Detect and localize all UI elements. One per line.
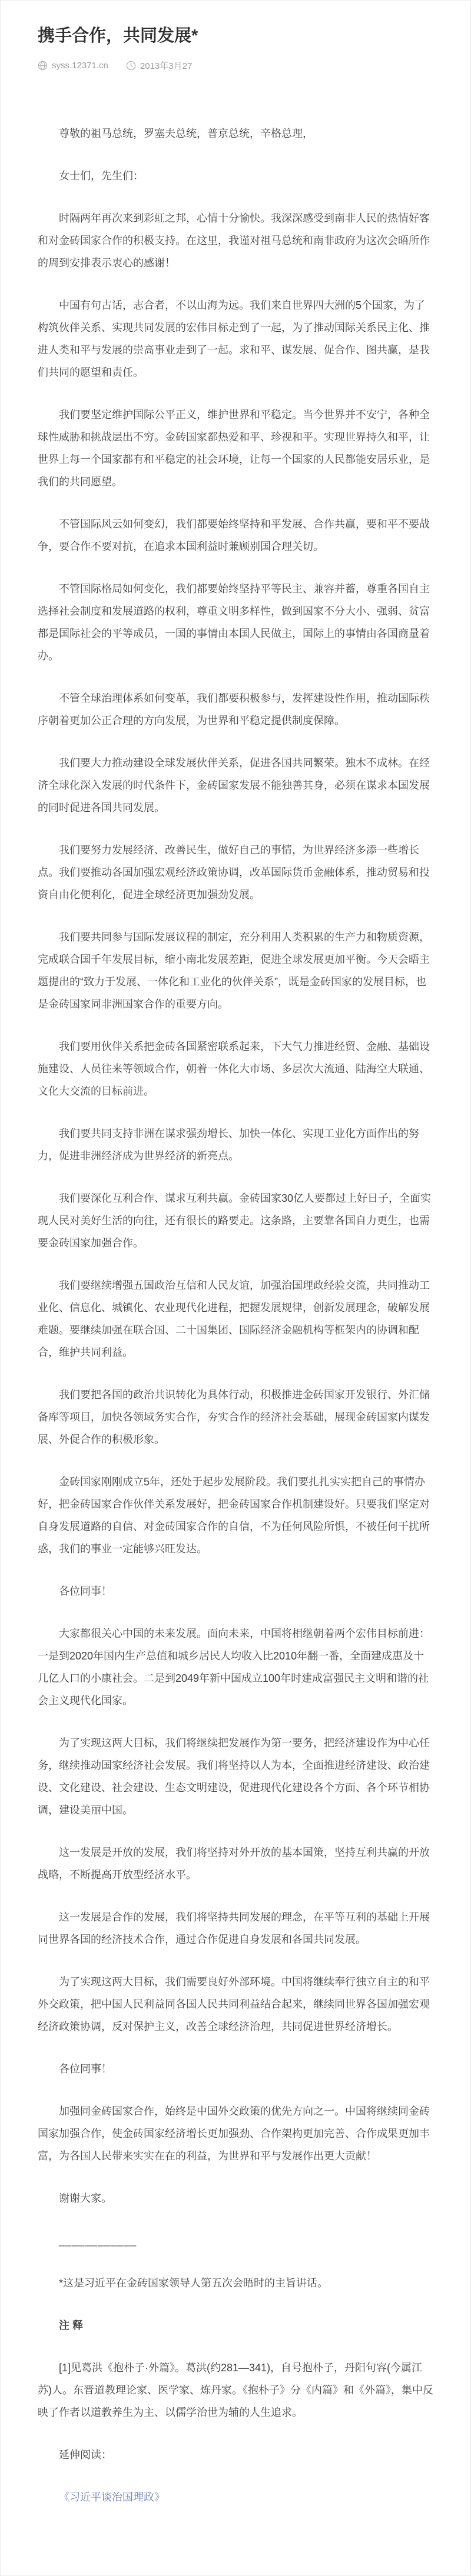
paragraph: 不管国际格局如何变化，我们都要始终坚持平等民主、兼容并蓄，尊重各国自主选择社会制… bbox=[38, 578, 433, 667]
meta-date-text: 2013年3月27 bbox=[140, 59, 192, 72]
related-reading-link[interactable]: 《习近平谈治国理政》 bbox=[59, 2491, 165, 2503]
paragraph: 我们要共同参与国际发展议程的制定，充分利用人类积累的生产力和物质资源，完成联合国… bbox=[38, 926, 433, 1015]
paragraph: 我们要共同支持非洲在谋求强劲增长、加快一体化、实现工业化方面作出的努力，促进非洲… bbox=[38, 1122, 433, 1167]
divider: ____________ bbox=[38, 2230, 433, 2252]
article-meta: syss.12371.cn 2013年3月27 bbox=[38, 59, 433, 72]
footnote: [1]见葛洪《抱朴子·外篇》。葛洪(约281—341)，自号抱朴子，丹阳句容(今… bbox=[38, 2357, 433, 2424]
paragraph: 大家都很关心中国的未来发展。面向未来，中国将相继朝着两个宏伟目标前进：一是到20… bbox=[38, 1622, 433, 1712]
paragraph: 中国有句古话，志合者，不以山海为远。我们来自世界四大洲的5个国家，为了构筑伙伴关… bbox=[38, 294, 433, 384]
notes-heading: 注 释 bbox=[38, 2314, 433, 2337]
paragraph: 这一发展是合作的发展，我们将坚持共同发展的理念，在平等互利的基础上开展同世界各国… bbox=[38, 1906, 433, 1951]
paragraph: 我们要深化互利合作、谋求互利共赢。金砖国家30亿人要都过上好日子，全面实现人民对… bbox=[38, 1187, 433, 1254]
article-body: 尊敬的祖马总统，罗塞夫总统，普京总统，辛格总理，女士们，先生们：时隔两年再次来到… bbox=[38, 99, 433, 2508]
article-page: 携手合作，共同发展* syss.12371.cn 2013年3月27 尊敬的祖 bbox=[0, 0, 471, 2576]
clock-icon bbox=[126, 61, 136, 71]
paragraph: 为了实现这两大目标，我们需要良好外部环境。中国将继续奉行独立自主的和平外交政策，… bbox=[38, 1971, 433, 2038]
paragraph: 时隔两年再次来到彩虹之邦，心情十分愉快。我深深感受到南非人民的热情好客和对金砖国… bbox=[38, 207, 433, 274]
paragraph: 这一发展是开放的发展，我们将坚持对外开放的基本国策，坚持互利共赢的开放战略，不断… bbox=[38, 1841, 433, 1886]
globe-icon bbox=[38, 61, 48, 71]
source-note: *这是习近平在金砖国家领导人第五次会晤时的主旨讲话。 bbox=[38, 2272, 433, 2294]
meta-source-text: syss.12371.cn bbox=[52, 61, 108, 71]
paragraph: 我们要继续增强五国政治互信和人民友谊，加强治国理政经验交流，共同推动工业化、信息… bbox=[38, 1274, 433, 1364]
page-title: 携手合作，共同发展* bbox=[38, 25, 433, 46]
meta-date: 2013年3月27 bbox=[126, 59, 192, 72]
related-reading-label: 延伸阅读： bbox=[38, 2444, 433, 2466]
paragraph: 为了实现这两大目标，我们将继续把发展作为第一要务，把经济建设作为中心任务，继续推… bbox=[38, 1732, 433, 1821]
address-colleagues: 各位同事！ bbox=[38, 1580, 433, 1602]
salutation: 尊敬的祖马总统，罗塞夫总统，普京总统，辛格总理， bbox=[38, 122, 433, 145]
paragraph: 我们要努力发展经济、改善民生，做好自己的事情，为世界经济多添一些增长点。我们要推… bbox=[38, 839, 433, 906]
closing-thanks: 谢谢大家。 bbox=[38, 2187, 433, 2210]
paragraph: 我们要用伙伴关系把金砖各国紧密联系起来，下大气力推进经贸、金融、基础设施建设、人… bbox=[38, 1035, 433, 1102]
paragraph: 我们要大力推动建设全球发展伙伴关系，促进各国共同繁荣。独木不成林。在经济全球化深… bbox=[38, 752, 433, 819]
paragraph: 金砖国家刚刚成立5年，还处于起步发展阶段。我们要扎扎实实把自己的事情办好，把金砖… bbox=[38, 1471, 433, 1560]
address-colleagues: 各位同事！ bbox=[38, 2058, 433, 2080]
greeting: 女士们，先生们： bbox=[38, 165, 433, 187]
related-reading: 《习近平谈治国理政》 bbox=[38, 2486, 433, 2508]
paragraph: 加强同金砖国家合作，始终是中国外交政策的优先方向之一。中国将继续同金砖国家加强合… bbox=[38, 2100, 433, 2167]
paragraph: 我们要坚定维护国际公平正义，维护世界和平稳定。当今世界并不安宁，各种全球性威胁和… bbox=[38, 404, 433, 493]
paragraph: 我们要把各国的政治共识转化为具体行动，积极推进金砖国家开发银行、外汇储备库等项目… bbox=[38, 1384, 433, 1451]
paragraph: 不管全球治理体系如何变革，我们都要积极参与，发挥建设性作用，推动国际秩序朝着更加… bbox=[38, 687, 433, 732]
meta-source: syss.12371.cn bbox=[38, 61, 108, 71]
paragraph: 不管国际风云如何变幻，我们都要始终坚持和平发展、合作共赢，要和平不要战争，要合作… bbox=[38, 513, 433, 558]
